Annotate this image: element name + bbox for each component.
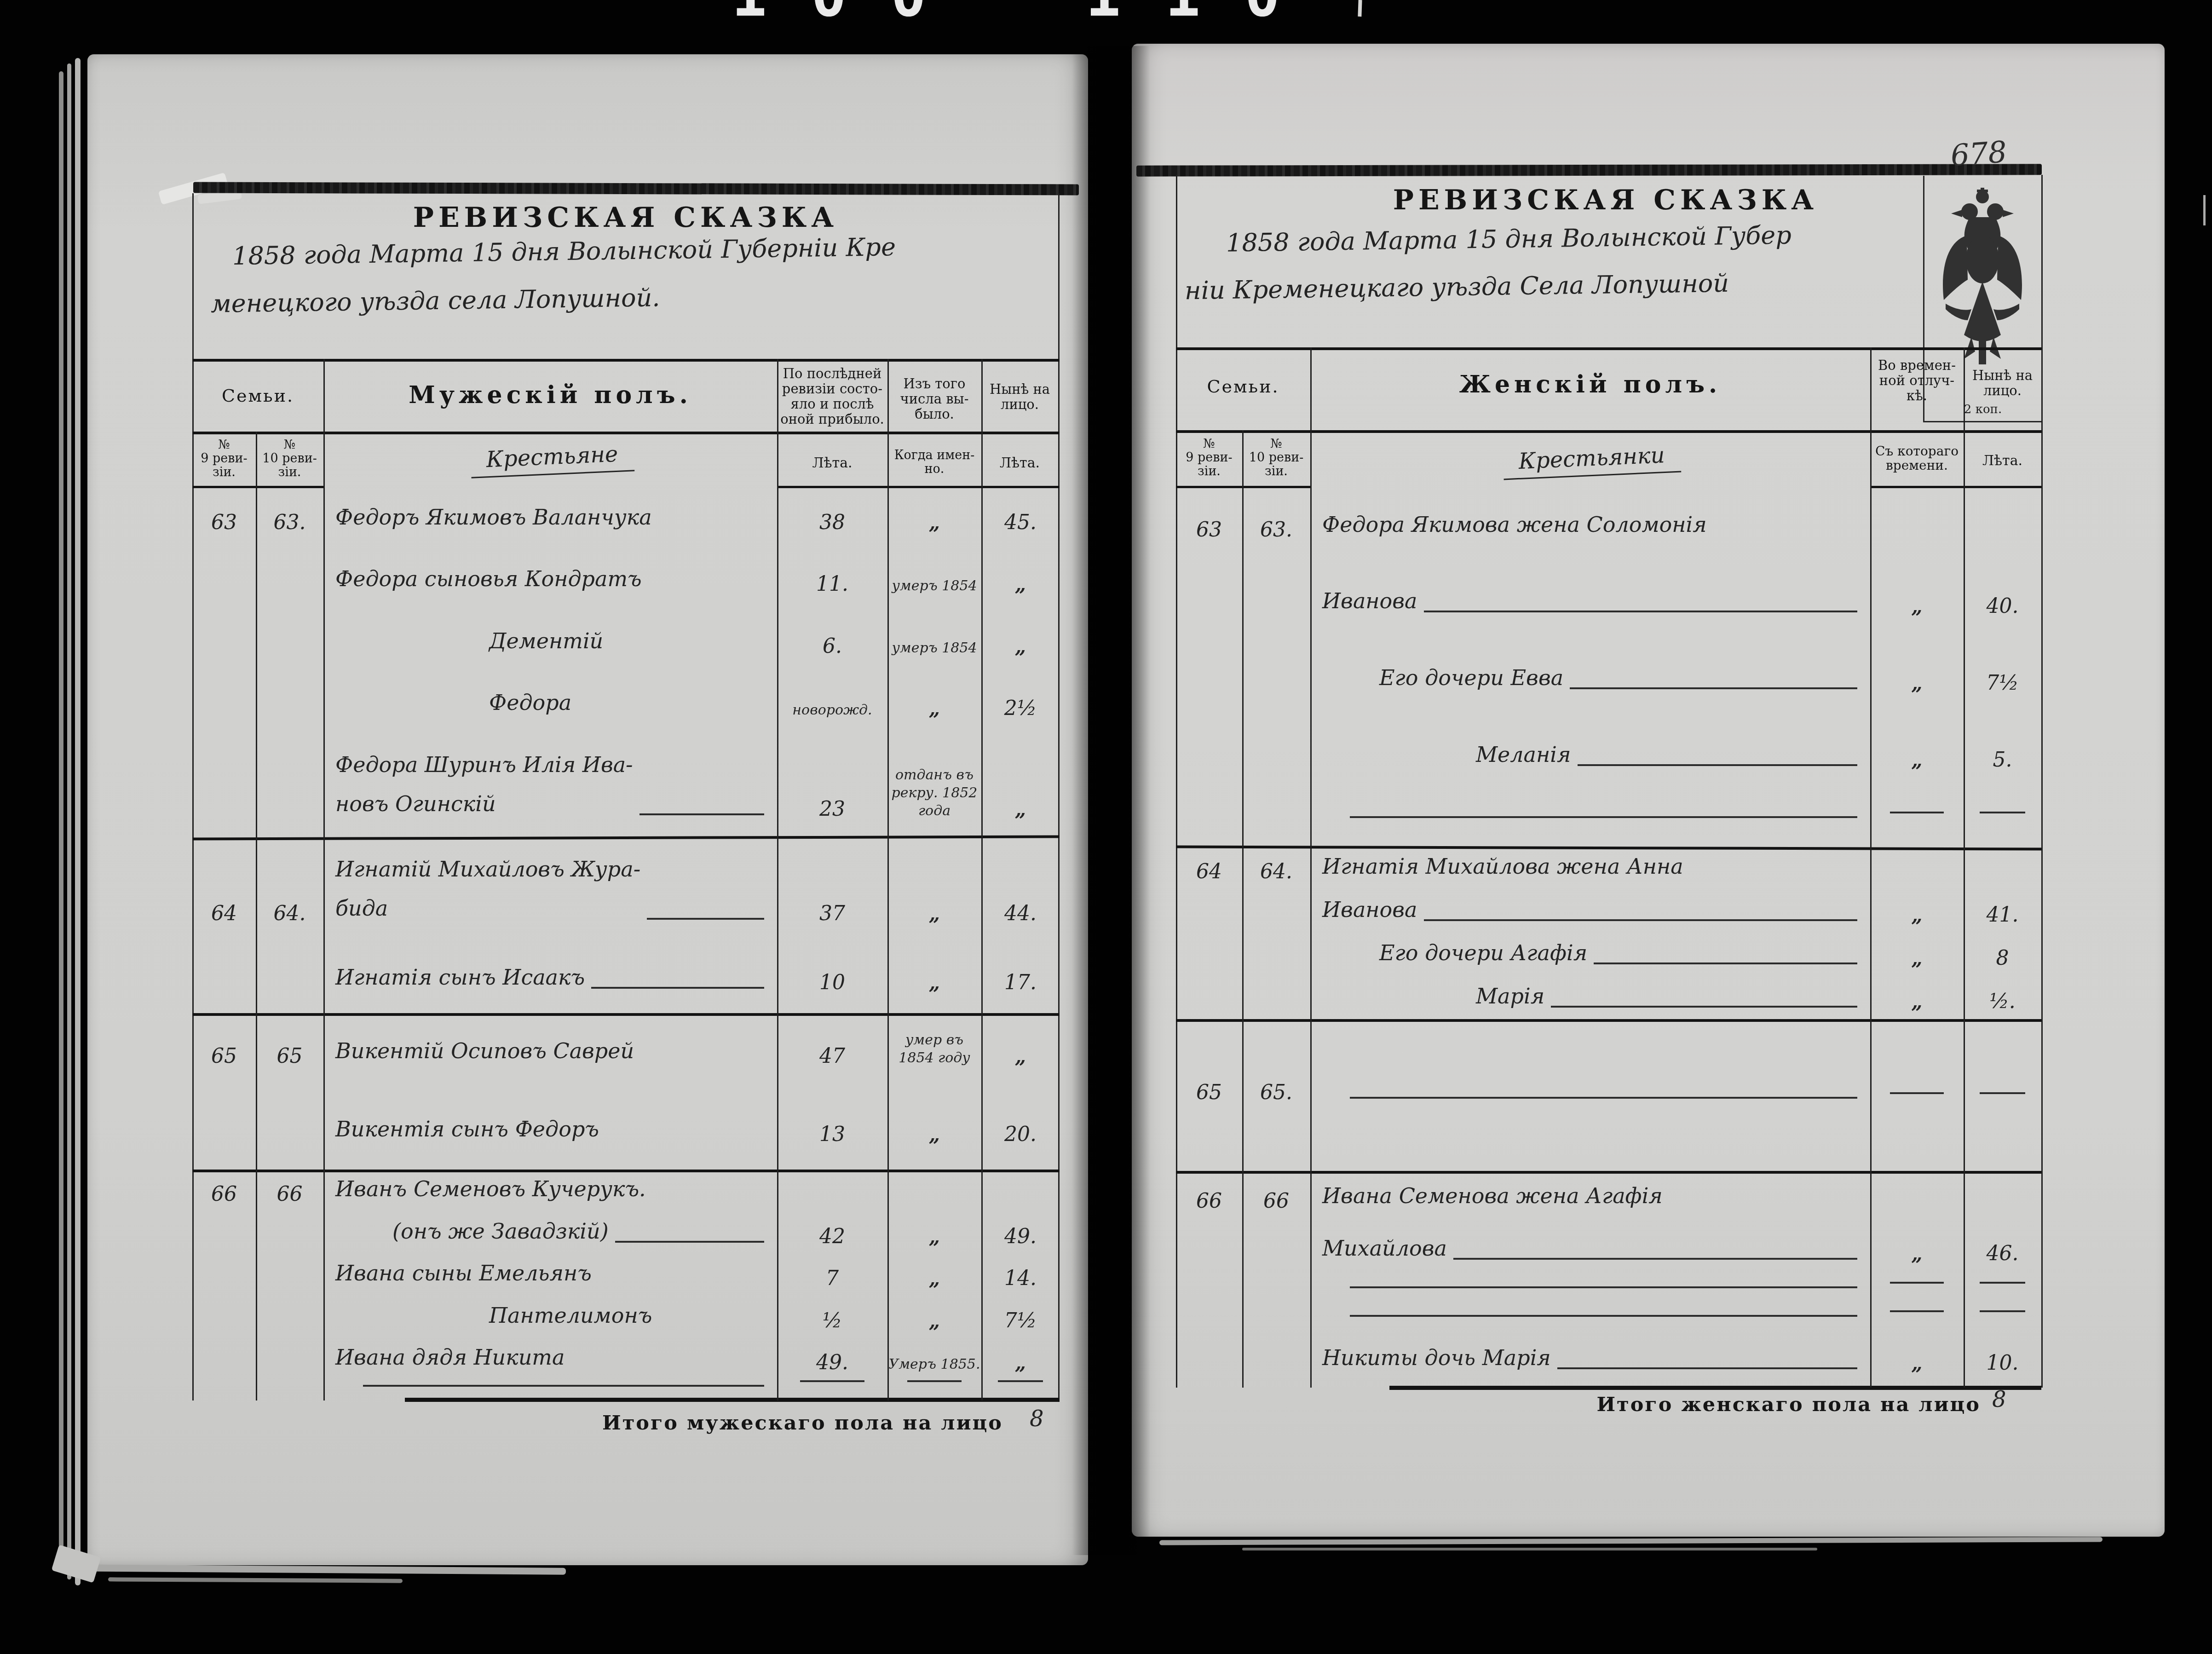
family-number-9th-revision-text: 66 bbox=[1196, 1189, 1222, 1213]
census-table-male: 6363.Федоръ Якимовъ Валанчука38„45.Федор… bbox=[192, 488, 1060, 1398]
counter-segment: 110 bbox=[1085, 0, 1324, 21]
departure-note-text: „ bbox=[929, 1268, 940, 1290]
age-current bbox=[1964, 812, 2041, 829]
age-current-text: 49. bbox=[1004, 1225, 1037, 1248]
page-stack-edge bbox=[75, 58, 81, 1585]
person-name: Викентій Осиповъ Саврей bbox=[323, 1032, 777, 1073]
absence-mark: „ bbox=[1870, 1352, 1964, 1380]
family-number-10th-revision: 65 bbox=[256, 1044, 323, 1073]
table-border-line bbox=[1176, 430, 2041, 433]
departure-note-text: умер въ 1854 году bbox=[887, 1031, 981, 1067]
family-number-10th-revision bbox=[1242, 1013, 1310, 1019]
family-number-9th-revision bbox=[1176, 1375, 1242, 1380]
family-number-10th-revision bbox=[256, 1332, 323, 1338]
departure-note: „ bbox=[887, 972, 981, 1000]
blank-dash bbox=[907, 1380, 962, 1382]
family-number-9th-revision bbox=[192, 1332, 256, 1338]
ditto-line bbox=[1424, 611, 1857, 612]
age-current bbox=[1964, 542, 2041, 547]
ditto-line bbox=[363, 1385, 764, 1387]
age-current-text: „ bbox=[1015, 635, 1026, 658]
age-current: 44. bbox=[981, 902, 1060, 931]
record-row: Иванова„40. bbox=[1176, 582, 2041, 623]
family-number-9th-revision bbox=[1176, 772, 1242, 777]
family-number-10th-revision bbox=[1242, 824, 1310, 829]
family-number-10th-revision bbox=[256, 821, 323, 826]
departure-note-text: умеръ 1854 bbox=[892, 577, 977, 595]
column-header-present: Нынѣ на лицо. bbox=[981, 382, 1058, 412]
age-previous-revision-text: 23 bbox=[819, 797, 845, 821]
family-number-10th-revision bbox=[1242, 1322, 1310, 1328]
age-current-text: 10. bbox=[1987, 1351, 2019, 1375]
age-previous-revision: 6. bbox=[777, 634, 887, 663]
family-number-9th-revision: 66 bbox=[1176, 1189, 1242, 1218]
family-number-9th-revision-text: 64 bbox=[211, 902, 237, 925]
record-row: 6464.Игнатій Михайловъ Жура- бида37„44. bbox=[192, 850, 1060, 931]
age-current: 5. bbox=[1964, 748, 2041, 777]
absence-mark bbox=[1870, 1092, 1964, 1110]
absence-mark bbox=[1870, 812, 1964, 829]
family-number-10th-revision bbox=[1242, 772, 1310, 777]
age-current: 20. bbox=[981, 1123, 1060, 1152]
column-header-previous-revision: По послѣдней ревизіи состо- яло и послѣ … bbox=[778, 366, 886, 427]
age-current: 2½ bbox=[981, 697, 1060, 726]
absence-mark bbox=[1870, 1310, 1964, 1328]
column-header-family: Семьи. bbox=[192, 386, 323, 406]
record-row: 6363.Федора Якимова жена Соломонія bbox=[1176, 505, 2041, 547]
family-number-9th-revision bbox=[192, 658, 256, 663]
person-name: Меланія bbox=[1310, 735, 1870, 777]
record-row: 6565Викентій Осиповъ Саврей47умер въ 185… bbox=[192, 1031, 1060, 1073]
departure-note: „ bbox=[887, 1268, 981, 1296]
ditto-line bbox=[1350, 1097, 1857, 1099]
family-number-10th-revision bbox=[256, 720, 323, 726]
age-previous-revision bbox=[777, 1380, 887, 1398]
page-title: РЕВИЗСКАЯ СКАЗКА bbox=[1330, 184, 1882, 216]
person-name-text: Никиты дочь Марія bbox=[1322, 1338, 1551, 1377]
absence-mark-text: „ bbox=[1911, 1352, 1922, 1375]
family-number-10th-revision bbox=[256, 1290, 323, 1296]
ditto-line bbox=[1350, 1286, 1857, 1288]
family-number-9th-revision bbox=[192, 821, 256, 826]
folio-number: 678 bbox=[1950, 135, 2008, 173]
departure-note: отданъ въ рекру. 1852 года bbox=[887, 766, 981, 826]
person-name bbox=[1310, 1097, 1870, 1110]
age-previous-revision: 23 bbox=[777, 797, 887, 826]
absence-mark: „ bbox=[1870, 947, 1964, 975]
absence-mark-text: „ bbox=[1911, 947, 1922, 970]
record-row: Михайлова„46. bbox=[1176, 1229, 2041, 1271]
age-previous-revision-text: 13 bbox=[819, 1123, 845, 1146]
family-number-9th-revision-text: 66 bbox=[211, 1182, 237, 1206]
departure-note-text: „ bbox=[929, 972, 940, 994]
page-bottom-edge bbox=[1242, 1548, 1817, 1550]
family-block-63: 6363.Федоръ Якимовъ Валанчука38„45.Федор… bbox=[192, 488, 1060, 836]
frame-counter-digits: 100110 bbox=[732, 0, 1324, 21]
person-name: Ивана Семенова жена Агафія bbox=[1310, 1176, 1870, 1218]
family-number-10th-revision-text: 66 bbox=[1263, 1189, 1289, 1213]
family-number-10th-revision bbox=[256, 1392, 323, 1398]
person-name-text: Меланія bbox=[1476, 735, 1571, 774]
census-table-female: 6363.Федора Якимова жена СоломоніяИванов… bbox=[1176, 488, 2041, 1386]
age-current-text: „ bbox=[1015, 573, 1026, 596]
age-current-text: 14. bbox=[1004, 1267, 1037, 1290]
person-name: Иванова bbox=[1310, 582, 1870, 623]
family-number-10th-revision-text: 63. bbox=[1260, 518, 1292, 542]
page-title: РЕВИЗСКАЯ СКАЗКА bbox=[350, 202, 902, 234]
total-value: 8 bbox=[1992, 1387, 2006, 1412]
person-name: Викентія сынъ Федоръ bbox=[323, 1110, 777, 1152]
family-number-9th-revision: 63 bbox=[1176, 518, 1242, 547]
family-number-9th-revision bbox=[192, 1392, 256, 1398]
person-name: Иванъ Семеновъ Кучерукъ. bbox=[323, 1170, 777, 1211]
person-name: Федора сыновья Кондратъ bbox=[323, 559, 777, 601]
family-block-65: 6565. bbox=[1176, 1019, 2041, 1171]
absence-mark-text: „ bbox=[1911, 595, 1922, 618]
column-header-sex: Женскій полъ. bbox=[1310, 370, 1870, 398]
record-row: Пантелимонъ½„7½ bbox=[192, 1296, 1060, 1338]
family-number-9th-revision bbox=[192, 596, 256, 601]
record-row bbox=[1176, 812, 2041, 829]
blank-dash bbox=[1980, 1310, 2025, 1312]
page-bottom-edge bbox=[1159, 1537, 2103, 1545]
counter-segment: 100 bbox=[732, 0, 970, 21]
departure-note: „ bbox=[887, 1310, 981, 1338]
absence-mark-text: „ bbox=[1911, 672, 1922, 695]
age-current-text: 46. bbox=[1987, 1242, 2019, 1265]
age-current-text: „ bbox=[1015, 1352, 1026, 1374]
absence-mark: „ bbox=[1870, 672, 1964, 700]
frame-counter-strip: 100110 bbox=[0, 0, 2212, 21]
family-number-10th-revision-text: 66 bbox=[277, 1182, 303, 1206]
blank-dash bbox=[1980, 1282, 2025, 1284]
age-current-text: ½. bbox=[1989, 990, 2016, 1013]
ditto-line bbox=[1557, 1367, 1857, 1369]
blank-dash bbox=[800, 1380, 864, 1382]
absence-mark: „ bbox=[1870, 595, 1964, 623]
age-previous-revision: 11. bbox=[777, 572, 887, 601]
blank-dash bbox=[1890, 812, 1944, 813]
subheader-years: Лѣта. bbox=[1964, 453, 2041, 469]
departure-note-text: „ bbox=[929, 1226, 940, 1248]
table-border-line bbox=[1176, 347, 2041, 350]
person-name: Ивана сыны Емельянъ bbox=[323, 1254, 777, 1296]
person-name: Никиты дочь Марія bbox=[1310, 1338, 1870, 1380]
person-name: Федора Шуринъ Илія Ива- новъ Огинскій bbox=[323, 745, 777, 826]
absence-mark-text: „ bbox=[1911, 1243, 1922, 1265]
age-current-text: 45. bbox=[1004, 511, 1037, 534]
person-name-text: Федора Шуринъ Илія Ива- новъ Огинскій bbox=[335, 745, 633, 824]
family-block-64: 6464.Игнатія Михайлова жена АннаИванова„… bbox=[1176, 847, 2041, 1019]
departure-note-text: „ bbox=[929, 1124, 940, 1146]
departure-note: „ bbox=[887, 1226, 981, 1254]
age-previous-revision: 47 bbox=[777, 1044, 887, 1073]
family-number-10th-revision bbox=[1242, 618, 1310, 623]
person-name: Михайлова bbox=[1310, 1229, 1870, 1271]
family-block-66: 6666Ивана Семенова жена АгафіяМихайлова„… bbox=[1176, 1171, 2041, 1386]
printed-border-band bbox=[193, 182, 1079, 195]
age-current-text: 8 bbox=[1996, 946, 2009, 970]
family-number-10th-revision bbox=[1242, 1265, 1310, 1271]
ditto-line bbox=[639, 813, 764, 815]
person-name bbox=[323, 1385, 777, 1398]
age-current: „ bbox=[981, 573, 1060, 601]
table-border-line bbox=[192, 432, 1060, 434]
blank-dash bbox=[998, 1380, 1043, 1382]
person-name bbox=[1310, 1315, 1870, 1328]
family-number-10th-revision-text: 65. bbox=[1260, 1081, 1292, 1104]
absence-mark: „ bbox=[1870, 749, 1964, 777]
subheader-when: Когда имен- но. bbox=[887, 449, 981, 476]
family-number-10th-revision: 65. bbox=[1242, 1081, 1310, 1110]
age-current-text: 7½ bbox=[1986, 671, 2019, 695]
person-name: Федора bbox=[323, 683, 777, 725]
age-previous-revision bbox=[777, 1206, 887, 1211]
departure-note: умеръ 1854 bbox=[887, 577, 981, 601]
age-current bbox=[1964, 883, 2041, 889]
subheader-years: Лѣта. bbox=[981, 455, 1058, 471]
ditto-line bbox=[1551, 1006, 1857, 1008]
age-previous-revision-text: 6. bbox=[823, 634, 842, 658]
departure-note: „ bbox=[887, 512, 981, 540]
age-previous-revision-text: 42 bbox=[819, 1225, 845, 1248]
form-frame-line bbox=[2041, 175, 2043, 1388]
age-current-text: 44. bbox=[1004, 902, 1037, 925]
age-current: 45. bbox=[981, 511, 1060, 540]
person-name-text: Его дочери Евва bbox=[1379, 658, 1563, 697]
age-current: 7½ bbox=[981, 1309, 1060, 1338]
age-current bbox=[1964, 1282, 2041, 1299]
record-row: Иванова„41. bbox=[1176, 890, 2041, 932]
family-number-10th-revision: 66 bbox=[1242, 1189, 1310, 1218]
departure-note: „ bbox=[887, 903, 981, 931]
departure-note: умер въ 1854 году bbox=[887, 1031, 981, 1073]
age-previous-revision-text: ½ bbox=[823, 1309, 842, 1332]
subheader-revision10: № 10 реви- зіи. bbox=[1242, 437, 1310, 479]
family-number-10th-revision-text: 64. bbox=[1260, 860, 1292, 883]
blank-dash bbox=[1980, 812, 2025, 813]
subheader-revision9: № 9 реви- зіи. bbox=[1176, 437, 1242, 479]
record-row bbox=[192, 1380, 1060, 1398]
subheader-years: Лѣта. bbox=[777, 455, 887, 471]
family-number-9th-revision bbox=[192, 1248, 256, 1254]
age-current-text: 40. bbox=[1987, 594, 2019, 618]
person-name-text: Иванъ Семеновъ Кучерукъ. bbox=[335, 1170, 646, 1209]
person-name: (онъ же Завадзкій) bbox=[323, 1212, 777, 1254]
ditto-line bbox=[1578, 764, 1857, 766]
person-name-text: Ивана Семенова жена Агафія bbox=[1322, 1176, 1663, 1216]
record-row: Федора Шуринъ Илія Ива- новъ Огинскій23о… bbox=[192, 745, 1060, 826]
person-name-text: Федора Якимова жена Соломонія bbox=[1322, 505, 1707, 544]
subheader-revision10: № 10 реви- зіи. bbox=[256, 438, 323, 480]
person-name-text: Игнатій Михайловъ Жура- бида bbox=[335, 850, 640, 928]
age-current bbox=[981, 1206, 1060, 1211]
record-row: Федора сыновья Кондратъ11.умеръ 1854„ bbox=[192, 559, 1060, 601]
book-spine-shadow bbox=[1072, 46, 1150, 1555]
family-number-10th-revision: 64. bbox=[1242, 860, 1310, 889]
record-row: Никиты дочь Марія„10. bbox=[1176, 1338, 2041, 1380]
ditto-line bbox=[1350, 1315, 1857, 1317]
age-current: „ bbox=[981, 1045, 1060, 1073]
departure-note: „ bbox=[887, 1124, 981, 1152]
family-number-10th-revision bbox=[1242, 970, 1310, 975]
age-current-text: 2½ bbox=[1004, 697, 1037, 720]
age-current-text: 17. bbox=[1004, 971, 1037, 994]
person-name: Ивана дядя Никита bbox=[323, 1338, 777, 1380]
family-number-10th-revision: 64. bbox=[256, 902, 323, 931]
departure-note: умеръ 1854 bbox=[887, 639, 981, 663]
page-bottom-edge bbox=[69, 1564, 566, 1575]
age-previous-revision: 37 bbox=[777, 902, 887, 931]
age-current: „ bbox=[981, 635, 1060, 663]
counter-fragment bbox=[1358, 0, 1362, 17]
departure-note-text: „ bbox=[929, 512, 940, 534]
family-number-10th-revision: 63. bbox=[256, 511, 323, 540]
age-current: 41. bbox=[1964, 903, 2041, 932]
age-current: 7½ bbox=[1964, 671, 2041, 700]
age-current: 40. bbox=[1964, 594, 2041, 623]
person-name-text: Викентія сынъ Федоръ bbox=[335, 1110, 599, 1149]
family-number-9th-revision-text: 63 bbox=[211, 511, 237, 534]
age-current: 14. bbox=[981, 1267, 1060, 1296]
ditto-line bbox=[1570, 687, 1857, 689]
family-number-9th-revision: 63 bbox=[192, 511, 256, 540]
age-previous-revision: 10 bbox=[777, 971, 887, 1000]
family-number-9th-revision: 64 bbox=[1176, 860, 1242, 889]
age-current: 46. bbox=[1964, 1242, 2041, 1271]
family-number-9th-revision: 66 bbox=[192, 1182, 256, 1211]
blank-dash bbox=[1890, 1310, 1944, 1312]
age-current bbox=[981, 1380, 1060, 1398]
person-name: Иванова bbox=[1310, 890, 1870, 932]
record-row: (онъ же Завадзкій)42„49. bbox=[192, 1212, 1060, 1254]
departure-note bbox=[887, 1380, 981, 1398]
record-row: Федорановорожд.„2½ bbox=[192, 683, 1060, 725]
age-previous-revision-text: новорожд. bbox=[792, 701, 872, 719]
family-number-9th-revision bbox=[1176, 1294, 1242, 1299]
departure-note: Умеръ 1855. bbox=[887, 1355, 981, 1380]
age-current-text: „ bbox=[1015, 1045, 1026, 1068]
age-current: 10. bbox=[1964, 1351, 2041, 1380]
column-header-present: Нынѣ на лицо. bbox=[1964, 368, 2041, 398]
age-current-text: 5. bbox=[1993, 748, 2012, 772]
record-row: Игнатія сынъ Исаакъ10„17. bbox=[192, 958, 1060, 1000]
social-class-label: Крестьяне bbox=[437, 444, 667, 475]
family-number-9th-revision-text: 65 bbox=[211, 1044, 237, 1068]
person-name: Игнатія сынъ Исаакъ bbox=[323, 958, 777, 1000]
absence-mark: „ bbox=[1870, 991, 1964, 1019]
family-number-10th-revision bbox=[256, 658, 323, 663]
person-name: Пантелимонъ bbox=[323, 1296, 777, 1338]
age-current: „ bbox=[981, 1352, 1060, 1380]
total-value: 8 bbox=[1030, 1406, 1044, 1432]
record-row: 6666Иванъ Семеновъ Кучерукъ. bbox=[192, 1170, 1060, 1211]
film-edge-mark bbox=[2203, 195, 2206, 225]
family-number-9th-revision bbox=[192, 1290, 256, 1296]
person-name bbox=[1310, 816, 1870, 829]
absence-mark bbox=[1870, 1213, 1964, 1218]
departure-note-text: Умеръ 1855. bbox=[889, 1355, 980, 1373]
absence-mark bbox=[1870, 1282, 1964, 1299]
family-number-9th-revision bbox=[1176, 970, 1242, 975]
person-name-text: Дементій bbox=[489, 622, 603, 661]
social-class-label: Крестьянки bbox=[1472, 445, 1711, 476]
family-block-66: 6666Иванъ Семеновъ Кучерукъ.(онъ же Зава… bbox=[192, 1170, 1060, 1398]
column-header-sex: Мужескій полъ. bbox=[323, 381, 777, 409]
family-block-65: 6565Викентій Осиповъ Саврей47умер въ 185… bbox=[192, 1013, 1060, 1170]
age-current-text: 41. bbox=[1987, 903, 2019, 927]
person-name: Федоръ Якимовъ Валанчука bbox=[323, 498, 777, 540]
age-previous-revision: 38 bbox=[777, 511, 887, 540]
age-previous-revision: 42 bbox=[777, 1225, 887, 1254]
table-border-line bbox=[405, 1398, 1060, 1402]
record-row: 6464.Игнатія Михайлова жена Анна bbox=[1176, 847, 2041, 889]
departure-note-text: „ bbox=[929, 1310, 940, 1332]
ditto-line bbox=[1424, 919, 1857, 921]
family-number-10th-revision-text: 64. bbox=[274, 902, 306, 925]
departure-note: „ bbox=[887, 697, 981, 726]
family-number-10th-revision bbox=[256, 994, 323, 1000]
page-bottom-edge bbox=[108, 1577, 403, 1583]
age-previous-revision-text: 38 bbox=[819, 511, 845, 534]
record-row: Его дочери Агафія„8 bbox=[1176, 934, 2041, 975]
ditto-line bbox=[1594, 962, 1857, 964]
age-previous-revision-text: 49. bbox=[816, 1351, 848, 1374]
record-row: 6565. bbox=[1176, 1081, 2041, 1110]
person-name: Его дочери Евва bbox=[1310, 658, 1870, 700]
family-number-9th-revision-text: 65 bbox=[1196, 1081, 1222, 1104]
person-name-text: Федоръ Якимовъ Валанчука bbox=[335, 498, 652, 537]
subheader-since: Съ котораго времени. bbox=[1870, 444, 1964, 473]
family-number-9th-revision: 65 bbox=[1176, 1081, 1242, 1110]
person-name: Игнатія Михайлова жена Анна bbox=[1310, 847, 1870, 889]
total-label: Итого мужескаго пола на лицо bbox=[469, 1412, 1003, 1435]
departure-note-text: „ bbox=[929, 903, 940, 925]
person-name-text: Марія bbox=[1476, 977, 1544, 1016]
age-previous-revision-text: 10 bbox=[819, 971, 845, 994]
scanned-book-spread: 100110 РЕВИЗСКАЯ СКАЗКА 1858 года Марта … bbox=[0, 0, 2212, 1654]
blank-dash bbox=[1980, 1092, 2025, 1094]
family-number-9th-revision bbox=[1176, 927, 1242, 932]
family-number-9th-revision bbox=[1176, 1265, 1242, 1271]
person-name-text: Викентій Осиповъ Саврей bbox=[335, 1032, 634, 1071]
family-block-64: 6464.Игнатій Михайловъ Жура- бида37„44.И… bbox=[192, 836, 1060, 1013]
family-number-9th-revision bbox=[1176, 1013, 1242, 1019]
family-number-10th-revision bbox=[1242, 1375, 1310, 1380]
record-row: 6363.Федоръ Якимовъ Валанчука38„45. bbox=[192, 498, 1060, 540]
page-stack-edge bbox=[59, 71, 63, 1571]
family-number-10th-revision bbox=[1242, 927, 1310, 932]
person-name: Его дочери Агафія bbox=[1310, 934, 1870, 975]
age-current bbox=[1964, 1213, 2041, 1218]
departure-note bbox=[887, 1206, 981, 1211]
departure-note-text: „ bbox=[929, 697, 940, 720]
record-row: Ивана дядя Никита49.Умеръ 1855.„ bbox=[192, 1338, 1060, 1380]
blank-dash bbox=[1890, 1282, 1944, 1284]
age-previous-revision-text: 47 bbox=[819, 1044, 845, 1068]
record-row bbox=[1176, 1282, 2041, 1299]
double-eagle-stamp-icon bbox=[1936, 188, 2028, 386]
column-header-family: Семьи. bbox=[1176, 376, 1310, 397]
departure-note-text: умеръ 1854 bbox=[892, 639, 977, 657]
age-previous-revision: 7 bbox=[777, 1267, 887, 1296]
family-number-10th-revision bbox=[1242, 695, 1310, 700]
person-name-text: Ивана сыны Емельянъ bbox=[335, 1254, 592, 1293]
table-border-line bbox=[192, 359, 1060, 362]
family-number-10th-revision-text: 63. bbox=[274, 511, 306, 534]
table-border-line bbox=[1389, 1386, 2041, 1390]
age-current bbox=[1964, 1092, 2041, 1110]
